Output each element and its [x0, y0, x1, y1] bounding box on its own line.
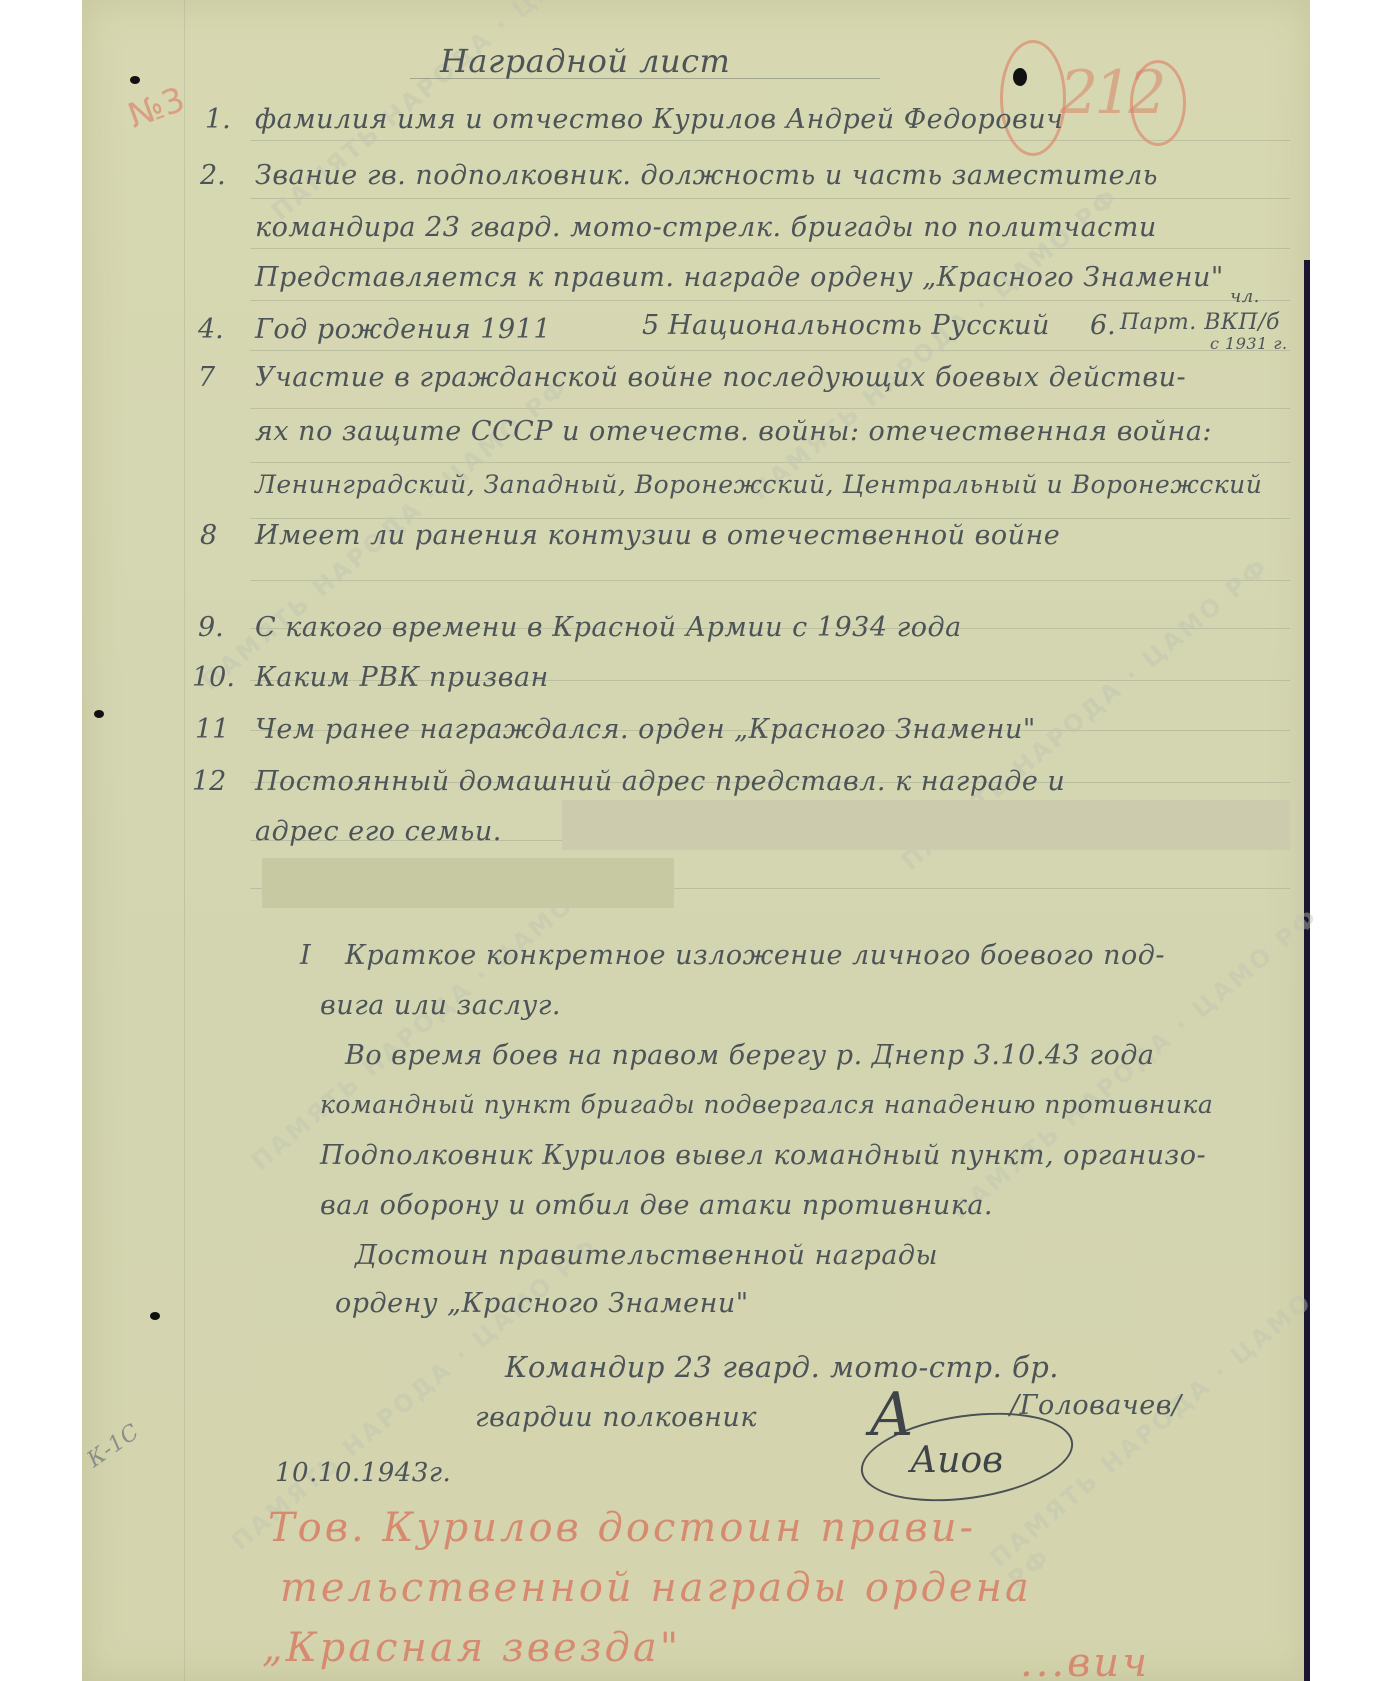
resolution-line: тельственной награды ордена: [280, 1565, 1032, 1611]
archive-number-glyph: [1000, 40, 1066, 156]
field-nationality: Национальность Русский: [668, 310, 1050, 341]
ruled-line: [250, 350, 1290, 351]
field-drafted-by: Каким РВК призван: [255, 662, 549, 693]
field-fronts: Ленинградский, Западный, Воронежский, Це…: [255, 470, 1262, 499]
merit-text-line: Во время боев на правом берегу р. Днепр …: [345, 1040, 1154, 1071]
item-number: 6.: [1090, 310, 1116, 341]
merit-text-line: командный пункт бригады подвергался напа…: [320, 1090, 1213, 1119]
item-number: 7: [198, 362, 215, 393]
field-army-since: С какого времени в Красной Армии с 1934 …: [255, 612, 962, 643]
field-full-name: фамилия имя и отчество Курилов Андрей Фе…: [255, 104, 1063, 135]
item-number: 2.: [200, 160, 226, 191]
field-birth-year: Год рождения 1911: [255, 314, 551, 345]
section-heading: Краткое конкретное изложение личного бое…: [345, 940, 1165, 971]
field-previous-awards: Чем ранее награждался. орден „Красного З…: [255, 714, 1036, 745]
archive-number: 212: [1060, 58, 1163, 128]
ruled-line: [250, 408, 1290, 409]
title-underline: [410, 78, 880, 79]
punch-hole: [150, 1312, 160, 1320]
signature-scrawl: Аиов: [910, 1440, 1003, 1481]
signature-title: Командир 23 гвард. мото-стр. бр.: [505, 1350, 1059, 1384]
item-number: 9.: [198, 612, 224, 643]
signature-initial: A: [870, 1380, 913, 1450]
field-wounds: Имеет ли ранения контузии в отечественно…: [255, 520, 1060, 551]
merit-conclusion: Достоин правительственной награды: [355, 1240, 938, 1271]
punch-hole: [94, 710, 104, 718]
ruled-line: [250, 580, 1290, 581]
field-party: Парт. ВКП/б: [1120, 310, 1280, 335]
field-party-member: чл.: [1230, 286, 1260, 307]
ruled-line: [250, 248, 1290, 249]
page-edge: [1304, 260, 1310, 1681]
item-number: 10.: [192, 662, 235, 693]
item-number: 12: [192, 766, 226, 797]
item-number: 8: [200, 520, 217, 551]
item-number: 4.: [198, 314, 224, 345]
resolution-line: „Красная звезда": [262, 1625, 681, 1671]
merit-text-line: вал оборону и отбил две атаки противника…: [320, 1190, 993, 1221]
margin-rule: [184, 0, 185, 1681]
page-title: Наградной лист: [440, 42, 730, 80]
field-family-address: адрес его семьи.: [255, 816, 502, 847]
document-date: 10.10.1943г.: [275, 1458, 451, 1488]
field-unit: командира 23 гвард. мото-стрелк. бригады…: [255, 212, 1157, 243]
resolution-line: Тов. Курилов достоин прави-: [268, 1505, 976, 1551]
item-number: 11: [195, 714, 229, 745]
field-rank-position: Звание гв. подполковник. должность и час…: [255, 160, 1158, 191]
ruled-line: [250, 300, 1290, 301]
item-number: 5: [642, 310, 659, 341]
section-number: I: [300, 940, 311, 971]
field-combat-participation-cont: ях по защите СССР и отечеств. войны: оте…: [255, 416, 1212, 447]
item-number: 1.: [205, 104, 231, 135]
resolution-signature: ...вич: [1020, 1640, 1150, 1681]
merit-award: ордену „Красного Знамени": [335, 1288, 749, 1319]
section-heading-cont: вига или заслуг.: [320, 990, 561, 1021]
signature-rank: гвардии полковник: [475, 1402, 757, 1433]
field-home-address: Постоянный домашний адрес представл. к н…: [255, 766, 1065, 797]
merit-text-line: Подполковник Курилов вывел командный пун…: [320, 1140, 1206, 1171]
field-party-since: с 1931 г.: [1210, 334, 1288, 353]
punch-hole: [130, 76, 140, 84]
redacted-address: [262, 858, 674, 908]
redacted-address: [562, 800, 1290, 850]
field-combat-participation: Участие в гражданской войне последующих …: [255, 362, 1186, 393]
field-award-presented: Представляется к правит. награде ордену …: [255, 262, 1224, 293]
ruled-line: [250, 140, 1290, 141]
ruled-line: [250, 198, 1290, 199]
